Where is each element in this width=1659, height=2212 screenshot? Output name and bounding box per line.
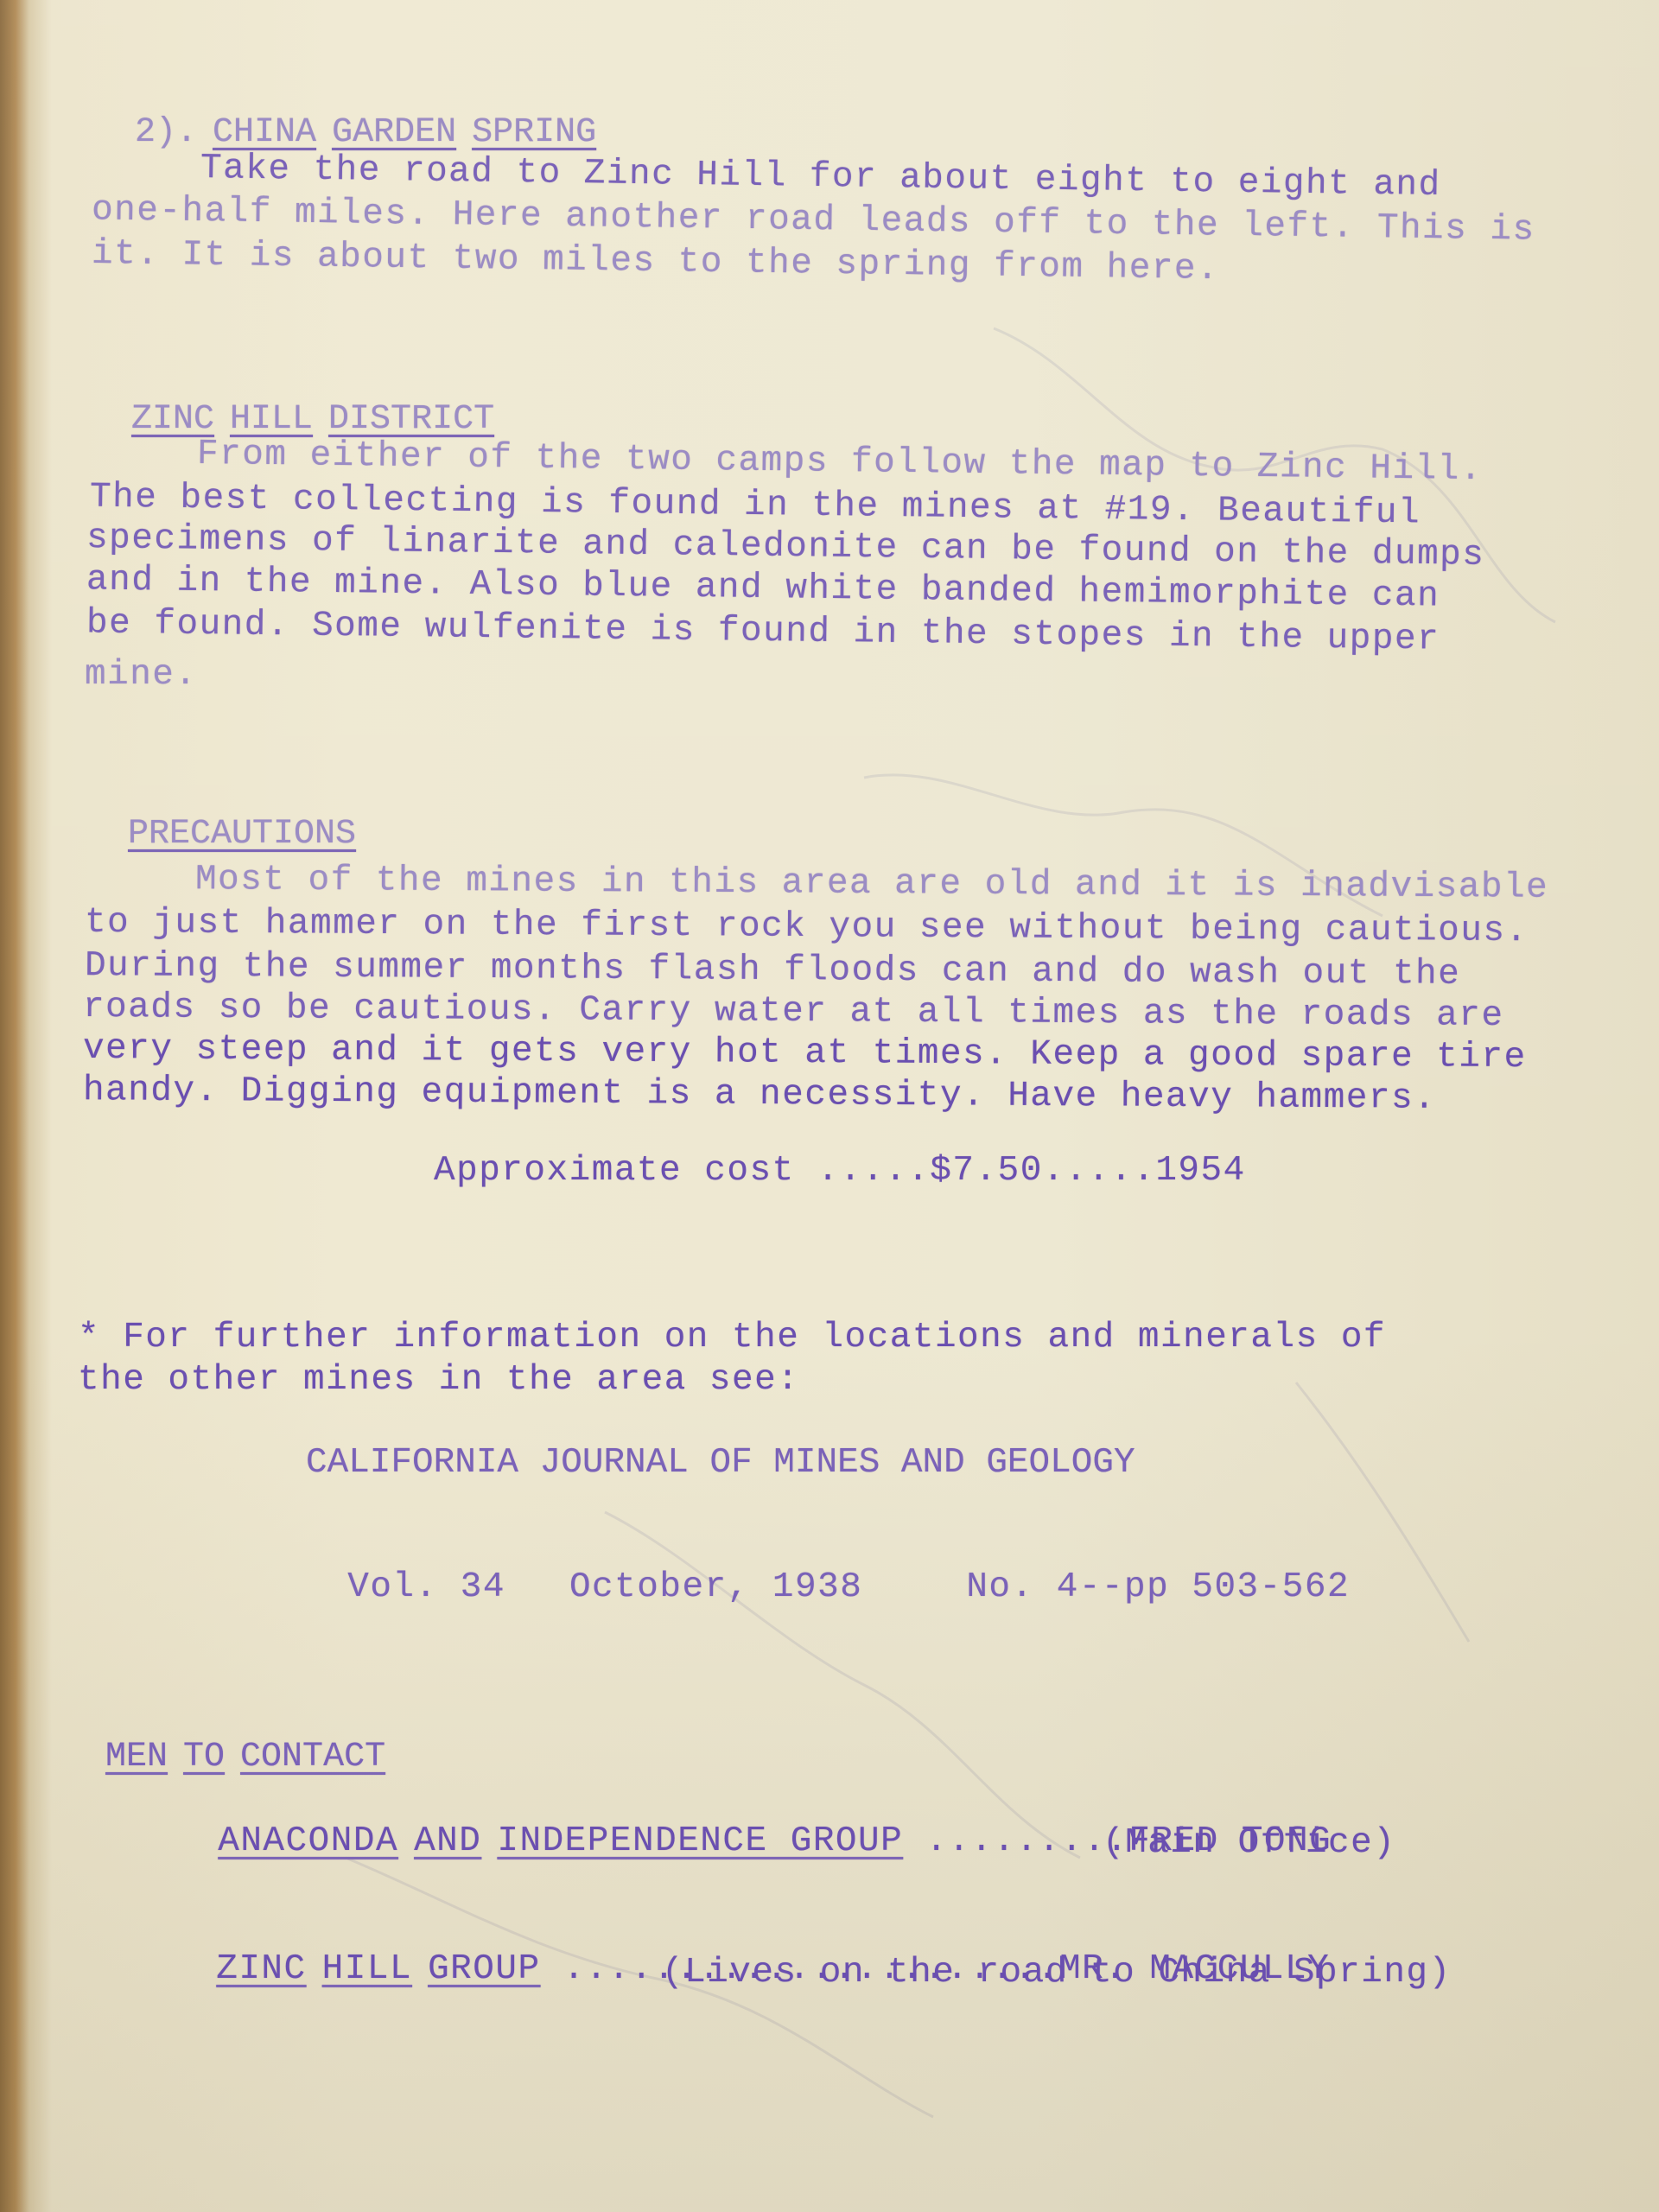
section-heading-precautions: PRECAUTIONS <box>86 776 356 854</box>
approximate-cost-line: Approximate cost .....$7.50.....1954 <box>434 1151 1246 1191</box>
heading-word: CHINA <box>213 113 316 152</box>
heading-word: SPRING <box>472 113 596 152</box>
section-heading-china-garden-spring: 2).CHINAGARDENSPRING <box>93 74 596 152</box>
journal-title: CALIFORNIA JOURNAL OF MINES AND GEOLOGY <box>306 1443 1135 1483</box>
journal-citation: Vol. 34October, 1938No. 4--pp 503-562 <box>302 1528 1350 1607</box>
contact-group-word: AND <box>414 1821 481 1861</box>
contact-group-word: GROUP <box>428 1949 541 1989</box>
paragraph-line: roads so be cautious. Carry water at all… <box>83 988 1504 1036</box>
footnote-line: * For further information on the locatio… <box>78 1318 1386 1357</box>
paragraph-line: very steep and it gets very hot at times… <box>83 1029 1527 1077</box>
section-heading-men-to-contact: MENTOCONTACT <box>64 1699 385 1777</box>
heading-number: 2). <box>135 113 197 152</box>
paragraph-line: mine. <box>85 655 198 695</box>
paragraph-line: to just hammer on the first rock you see… <box>85 903 1529 951</box>
citation-issue-pages: No. 4--pp 503-562 <box>966 1567 1350 1607</box>
heading-word: TO <box>183 1738 225 1777</box>
heading-word: CONTACT <box>240 1738 385 1777</box>
citation-date: October, 1938 <box>569 1567 862 1607</box>
paragraph-line: Most of the mines in this area are old a… <box>195 860 1549 908</box>
heading-word: HILL <box>230 400 313 439</box>
section-heading-zinc-hill-district: ZINCHILLDISTRICT <box>90 361 494 439</box>
contact-group-word: ANACONDA <box>218 1821 398 1861</box>
heading-word: GARDEN <box>332 113 456 152</box>
contact-group-word: HILL <box>322 1949 412 1989</box>
heading-word: PRECAUTIONS <box>128 815 356 854</box>
contact-note: (Lives on the road to China Spring) <box>662 1953 1452 1993</box>
paragraph-line: handy. Digging equipment is a necessity.… <box>83 1071 1437 1119</box>
citation-volume: Vol. 34 <box>347 1567 505 1607</box>
contact-note: (Main Office) <box>1103 1823 1395 1863</box>
contact-group-word: INDEPENDENCE GROUP <box>497 1821 903 1861</box>
heading-word: MEN <box>105 1738 168 1777</box>
contact-group-word: ZINC <box>216 1949 306 1989</box>
heading-word: ZINC <box>131 400 214 439</box>
heading-word: DISTRICT <box>328 400 494 439</box>
footnote-line: the other mines in the area see: <box>78 1360 799 1400</box>
contact-leader-dots: ......... <box>903 1821 1128 1861</box>
paragraph-line: During the summer months flash floods ca… <box>85 946 1461 995</box>
